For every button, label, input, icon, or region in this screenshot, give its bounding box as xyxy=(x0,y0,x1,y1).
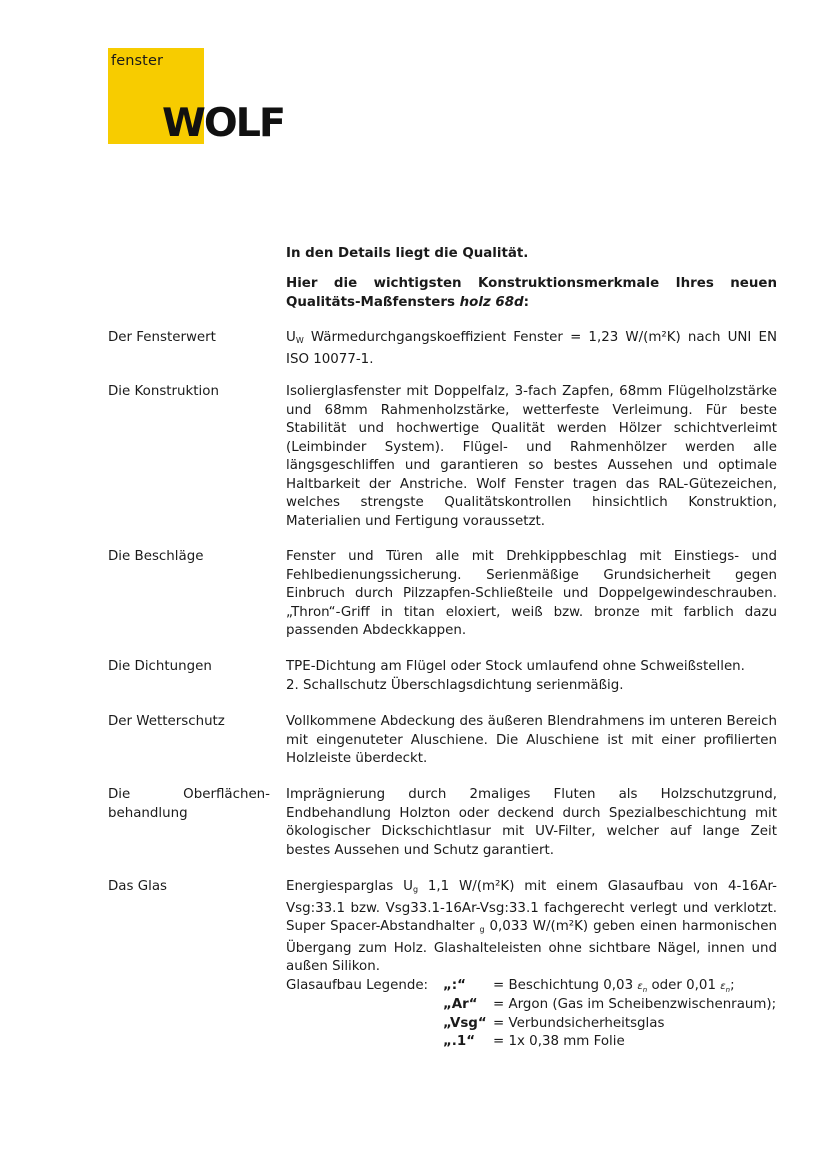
legend-definition: = Argon (Gas im Scheibenzwischenraum); xyxy=(493,996,776,1015)
legend-item: „Vsg“= Verbundsicherheitsglas xyxy=(443,1015,664,1034)
section-content: Isolierglasfenster mit Doppelfalz, 3-fac… xyxy=(286,383,777,531)
content-text: Energiesparglas U xyxy=(286,879,413,894)
company-logo: fenster WOLF xyxy=(108,48,278,146)
definition-text: oder 0,01 xyxy=(647,978,720,993)
legend-definition: = 1x 0,38 mm Folie xyxy=(493,1033,625,1052)
section-label: Die Dichtungen xyxy=(108,658,270,677)
section-content: Energiesparglas Ug 1,1 W/(m²K) mit einem… xyxy=(286,878,777,977)
symbol-subscript: W xyxy=(296,336,304,345)
legend-key: „:“ xyxy=(443,977,493,996)
legend-title: Glasaufbau Legende: xyxy=(286,977,428,996)
legend-item: „Ar“= Argon (Gas im Scheibenzwischenraum… xyxy=(443,996,776,1015)
content-line: TPE-Dichtung am Flügel oder Stock umlauf… xyxy=(286,658,777,677)
section-content: UW Wärmedurchgangskoeffizient Fenster = … xyxy=(286,329,777,369)
definition-text: ; xyxy=(730,978,735,993)
model-name: holz 68d xyxy=(460,295,524,310)
section-label: Die Oberflächen-behandlung xyxy=(108,786,270,823)
definition-text: = Beschichtung 0,03 xyxy=(493,978,637,993)
intro-subheading-suffix: : xyxy=(524,295,529,310)
intro-subheading: Hier die wichtigsten Konstruktionsmerkma… xyxy=(286,275,777,312)
legend-definition: = Verbundsicherheitsglas xyxy=(493,1015,664,1034)
section-content: TPE-Dichtung am Flügel oder Stock umlauf… xyxy=(286,658,777,695)
epsilon-symbol: εn xyxy=(720,981,730,992)
section-label: Die Konstruktion xyxy=(108,383,270,402)
logo-brand-text: WOLF xyxy=(162,104,284,143)
section-label: Der Fensterwert xyxy=(108,329,270,348)
content-text: Wärmedurchgangskoeffizient Fenster = 1,2… xyxy=(286,330,777,367)
legend-key: „Ar“ xyxy=(443,996,493,1015)
section-label: Die Beschläge xyxy=(108,548,270,567)
content-line: 2. Schallschutz Überschlagsdichtung seri… xyxy=(286,677,777,696)
section-content: Imprägnierung durch 2maliges Fluten als … xyxy=(286,786,777,860)
section-content: Vollkommene Abdeckung des äußeren Blendr… xyxy=(286,713,777,769)
legend-key: „Vsg“ xyxy=(443,1015,493,1034)
logo-small-text: fenster xyxy=(111,53,163,69)
symbol: U xyxy=(286,330,296,345)
section-label: Das Glas xyxy=(108,878,270,897)
legend-item: „.1“= 1x 0,38 mm Folie xyxy=(443,1033,625,1052)
legend-key: „.1“ xyxy=(443,1033,493,1052)
epsilon-symbol: εn xyxy=(637,981,647,992)
section-content: Fenster und Türen alle mit Drehkippbesch… xyxy=(286,548,777,641)
intro-heading: In den Details liegt die Qualität. xyxy=(286,245,777,264)
section-label: Der Wetterschutz xyxy=(108,713,270,732)
intro-subheading-text: Hier die wichtigsten Konstruktionsmerkma… xyxy=(286,276,777,310)
